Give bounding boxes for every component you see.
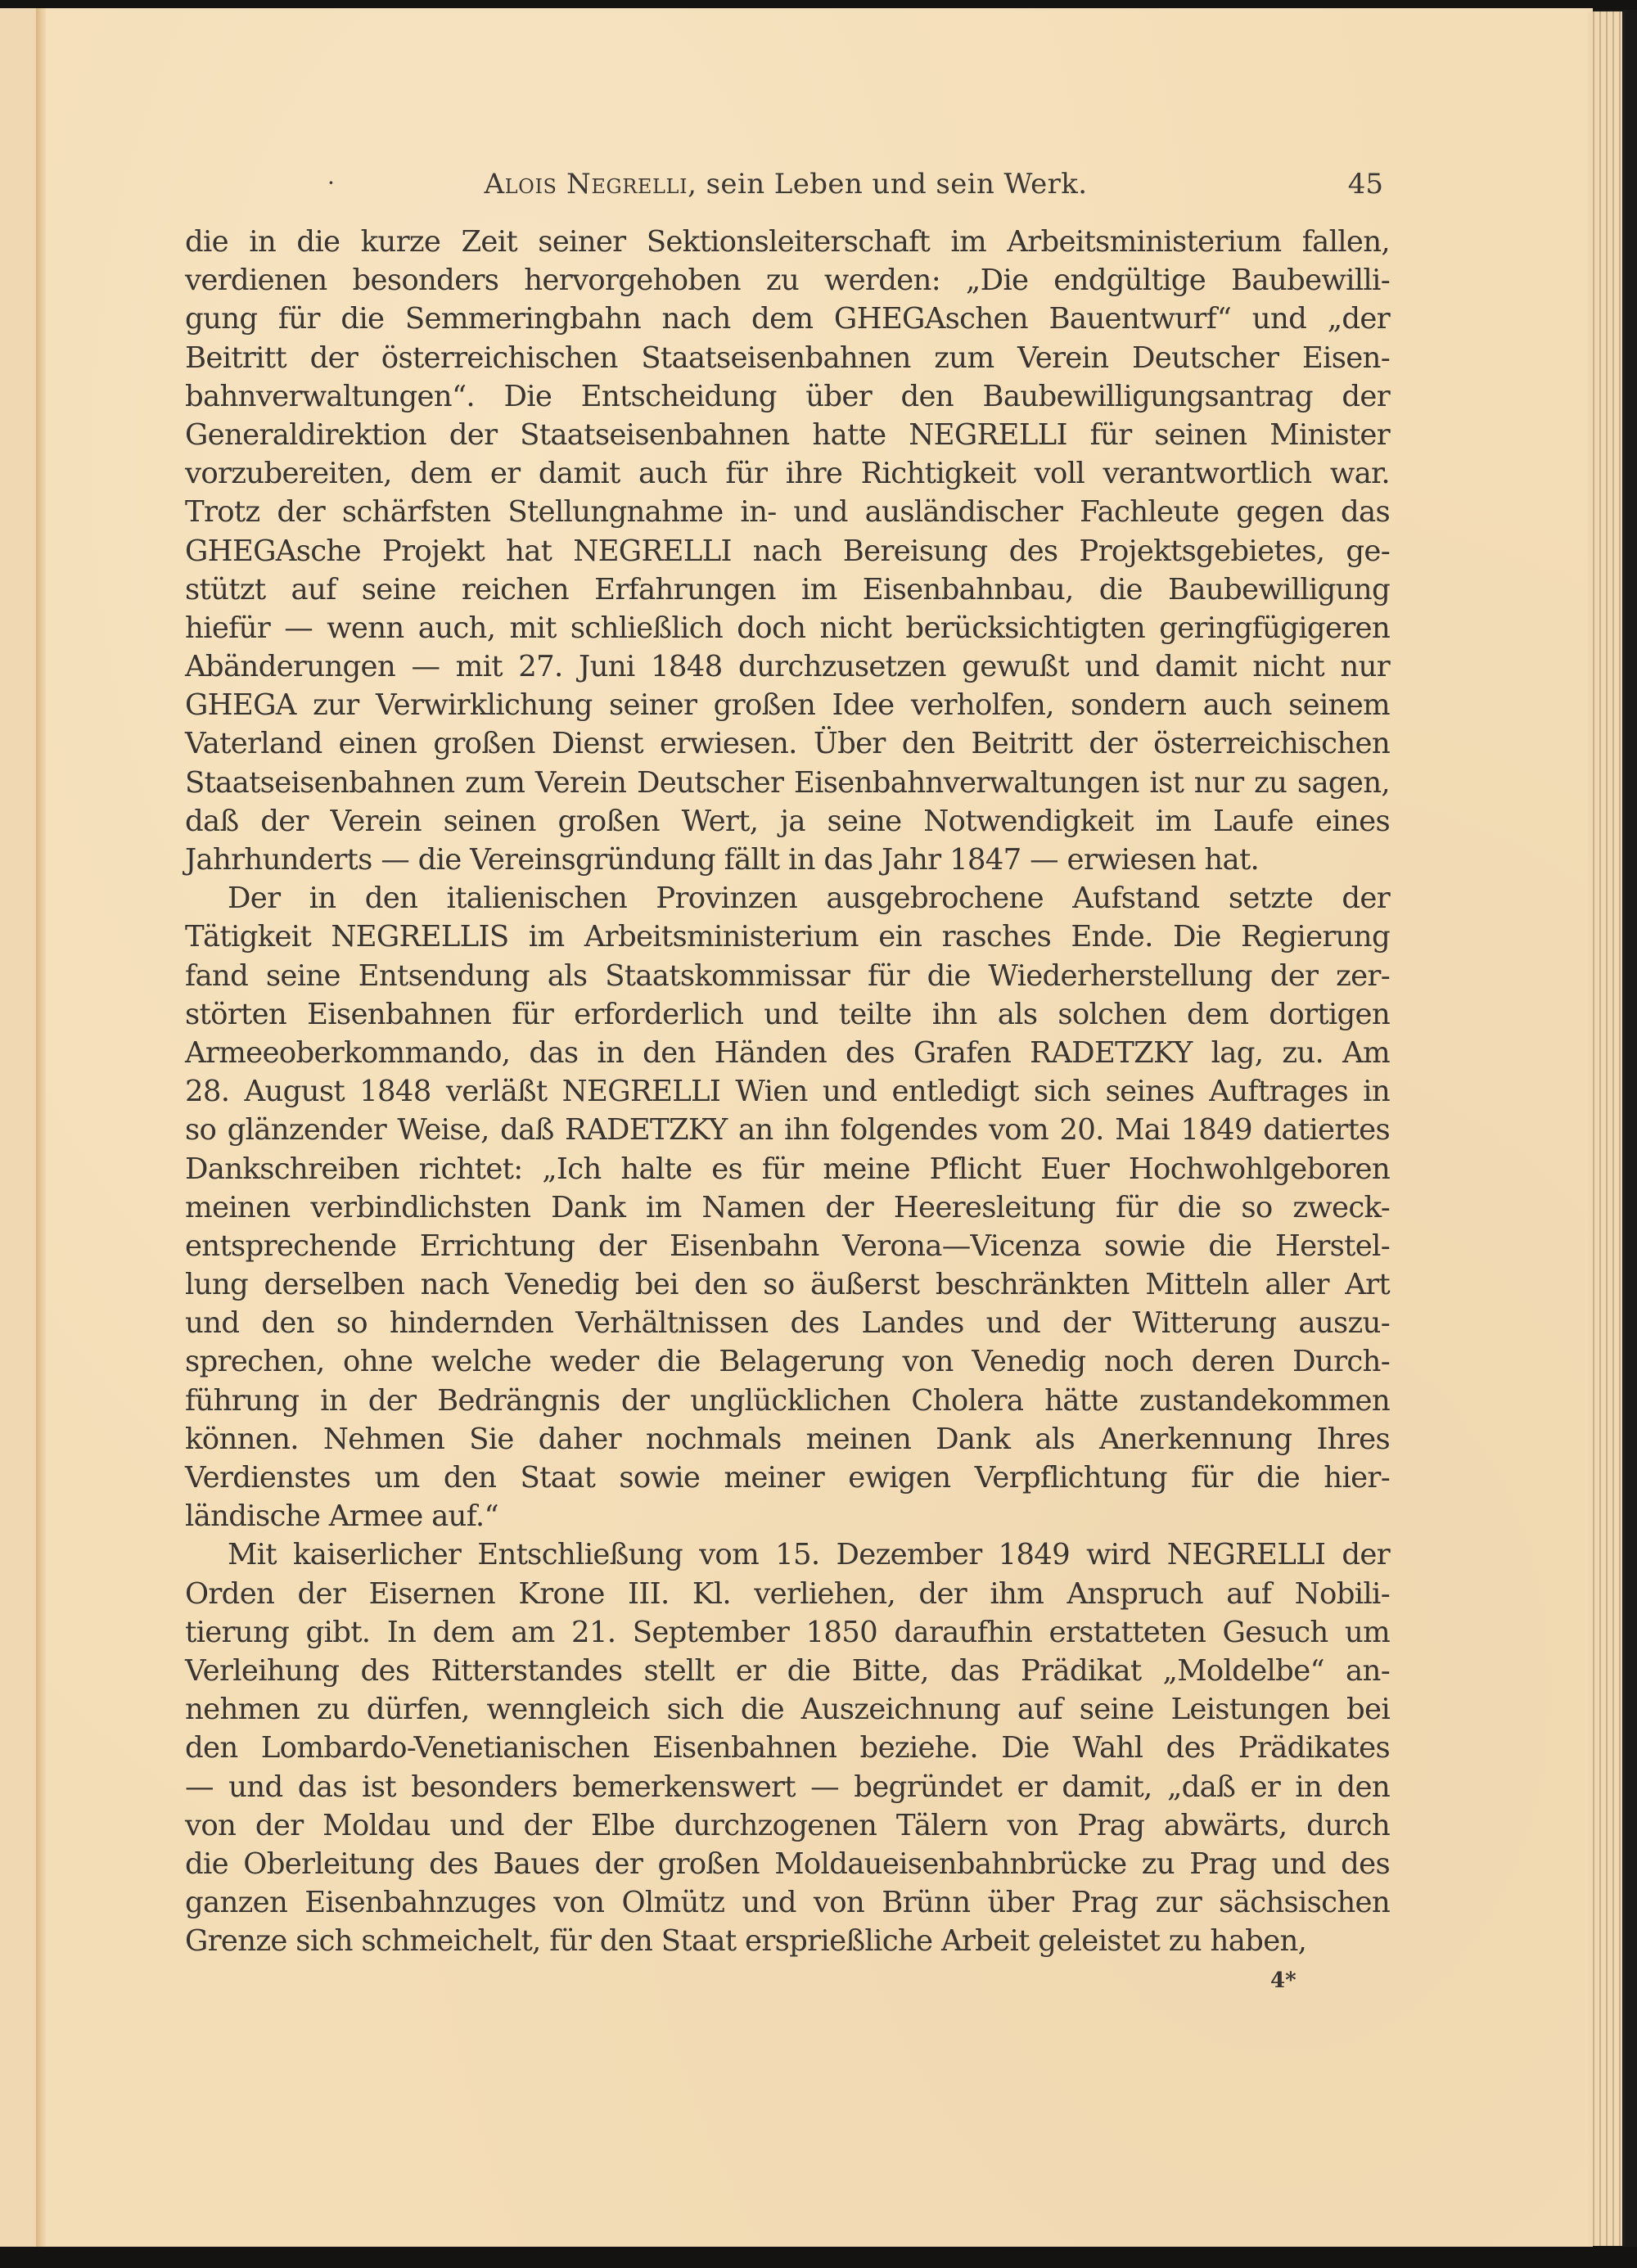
text-line: nehmen zu dürfen, wenngleich sich die Au…: [185, 1690, 1390, 1729]
paragraph-3: Mit kaiserlicher Entschließung vom 15. D…: [185, 1535, 1390, 1960]
page-number: 45: [1348, 168, 1383, 201]
body-text: die in die kurze Zeit seiner Sektionslei…: [185, 223, 1390, 1960]
text-line: Verdienstes um den Staat sowie meiner ew…: [185, 1459, 1390, 1497]
text-line: von der Moldau und der Elbe durchzogenen…: [185, 1806, 1390, 1845]
text-line: störten Eisenbahnen für erforderlich und…: [185, 995, 1390, 1034]
text-line: Orden der Eisernen Krone III. Kl. verlie…: [185, 1575, 1390, 1613]
title-rest: , sein Leben und sein Werk.: [688, 168, 1087, 201]
text-line: hiefür — wenn auch, mit schließlich doch…: [185, 609, 1390, 647]
text-line: entsprechende Errichtung der Eisenbahn V…: [185, 1227, 1390, 1265]
text-line: tierung gibt. In dem am 21. September 18…: [185, 1613, 1390, 1652]
text-line: Verleihung des Ritterstandes stellt er d…: [185, 1652, 1390, 1690]
running-head: · Alois Negrelli, sein Leben und sein We…: [188, 168, 1383, 209]
text-line: Dankschreiben richtet: „Ich halte es für…: [185, 1150, 1390, 1188]
text-line: GHEGA zur Verwirklichung seiner großen I…: [185, 686, 1390, 724]
text-line: Staatseisenbahnen zum Verein Deutscher E…: [185, 764, 1390, 802]
text-line: sprechen, ohne welche weder die Belageru…: [185, 1342, 1390, 1381]
text-line: so glänzender Weise, daß RADETZKY an ihn…: [185, 1111, 1390, 1149]
text-line: führung in der Bedrängnis der unglücklic…: [185, 1382, 1390, 1420]
paragraph-1: die in die kurze Zeit seiner Sektionslei…: [185, 223, 1390, 879]
text-line: Beitritt der österreichischen Staatseise…: [185, 339, 1390, 377]
text-line: Mit kaiserlicher Entschließung vom 15. D…: [185, 1535, 1390, 1574]
text-line: lung derselben nach Venedig bei den so ä…: [185, 1265, 1390, 1304]
text-line: fand seine Entsendung als Staatskommissa…: [185, 957, 1390, 995]
text-line: meinen verbindlichsten Dank im Namen der…: [185, 1188, 1390, 1227]
author-name: Alois Negrelli: [484, 168, 688, 201]
scan-border-bottom: [0, 2247, 1637, 2268]
text-line: verdienen besonders hervorgehoben zu wer…: [185, 261, 1390, 300]
text-line: Abänderungen — mit 27. Juni 1848 durchzu…: [185, 647, 1390, 686]
text-line: Trotz der schärfsten Stellungnahme in- u…: [185, 493, 1390, 531]
text-line: Vaterland einen großen Dienst erwiesen. …: [185, 724, 1390, 763]
text-line: 28. August 1848 verläßt NEGRELLI Wien un…: [185, 1072, 1390, 1111]
signature-mark: 4*: [1270, 1968, 1297, 1993]
text-line: und den so hindernden Verhältnissen des …: [185, 1304, 1390, 1342]
text-line: ganzen Eisenbahnzuges von Olmütz und von…: [185, 1883, 1390, 1922]
text-line: die Oberleitung des Baues der großen Mol…: [185, 1845, 1390, 1883]
text-line: Armeeoberkommando, das in den Händen des…: [185, 1034, 1390, 1072]
text-line: — und das ist besonders bemerkenswert — …: [185, 1768, 1390, 1806]
text-line: GHEGAsche Projekt hat NEGRELLI nach Bere…: [185, 532, 1390, 570]
text-line: gung für die Semmeringbahn nach dem GHEG…: [185, 300, 1390, 338]
text-line: Tätigkeit NEGRELLIS im Arbeitsministeriu…: [185, 918, 1390, 956]
text-line: Generaldirektion der Staatseisenbahnen h…: [185, 416, 1390, 454]
text-line: den Lombardo-Venetianischen Eisenbahnen …: [185, 1729, 1390, 1767]
text-line: bahnverwaltungen“. Die Entscheidung über…: [185, 377, 1390, 416]
text-line: Grenze sich schmeichelt, für den Staat e…: [185, 1922, 1390, 1960]
text-line: vorzubereiten, dem er damit auch für ihr…: [185, 454, 1390, 493]
text-line: die in die kurze Zeit seiner Sektionslei…: [185, 223, 1390, 261]
text-line: Der in den italienischen Provinzen ausge…: [185, 879, 1390, 918]
text-line: daß der Verein seinen großen Wert, ja se…: [185, 802, 1390, 841]
paragraph-2: Der in den italienischen Provinzen ausge…: [185, 879, 1390, 1535]
text-line: ländische Armee auf.“: [185, 1497, 1390, 1535]
text-line: Jahrhunderts — die Vereinsgründung fällt…: [185, 841, 1390, 879]
page-stack-edges: [1588, 11, 1626, 2246]
text-line: stützt auf seine reichen Erfahrungen im …: [185, 570, 1390, 609]
text-line: können. Nehmen Sie daher nochmals meinen…: [185, 1420, 1390, 1459]
running-title: Alois Negrelli, sein Leben und sein Werk…: [188, 168, 1383, 201]
